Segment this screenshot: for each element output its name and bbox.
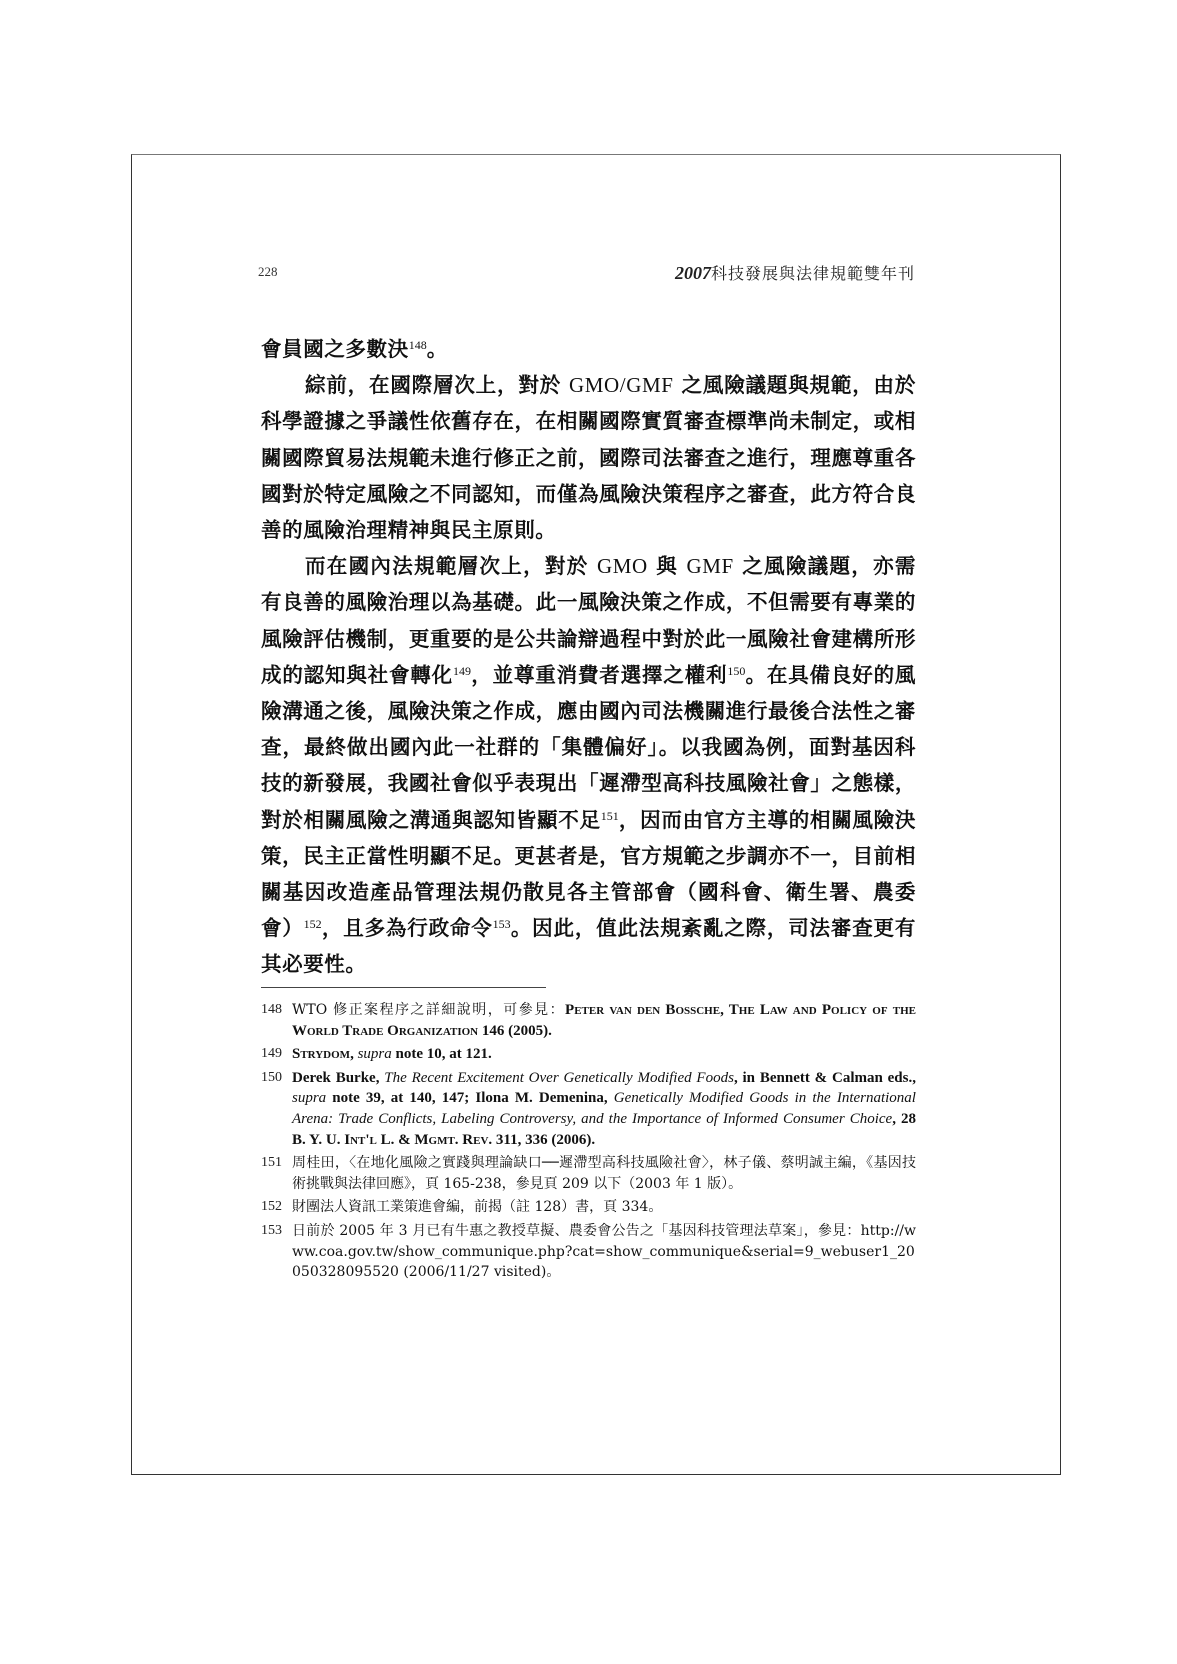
footnote-ref-150[interactable]: 150 <box>727 664 745 678</box>
footnote-148: 148 WTO 修正案程序之詳細說明，可參見：Peter van den Bos… <box>261 1000 916 1041</box>
running-head-title: 科技發展與法律規範雙年刊 <box>711 264 915 283</box>
paragraph-1: 綜前，在國際層次上，對於 GMO/GMF 之風險議題與規範，由於科學證據之爭議性… <box>261 367 916 548</box>
footnote-ref-152[interactable]: 152 <box>304 917 322 931</box>
paragraph-0: 會員國之多數決148。 <box>261 331 916 367</box>
footnote-ref-149[interactable]: 149 <box>453 664 471 678</box>
footnote-149: 149 Strydom, supra note 10, at 121. <box>261 1044 916 1065</box>
footnote-150: 150 Derek Burke, The Recent Excitement O… <box>261 1068 916 1150</box>
footnote-separator <box>261 987 546 988</box>
footnote-ref-148[interactable]: 148 <box>409 338 427 352</box>
footnote-152: 152 財團法人資訊工業策進會編，前揭（註 128）書，頁 334。 <box>261 1197 916 1218</box>
paragraph-2: 而在國內法規範層次上，對於 GMO 與 GMF 之風險議題，亦需有良善的風險治理… <box>261 548 916 982</box>
footnote-ref-153[interactable]: 153 <box>493 917 511 931</box>
footnotes: 148 WTO 修正案程序之詳細說明，可參見：Peter van den Bos… <box>261 1000 916 1286</box>
body-text: 會員國之多數決148。 綜前，在國際層次上，對於 GMO/GMF 之風險議題與規… <box>261 331 916 983</box>
running-head: 2007科技發展與法律規範雙年刊 <box>675 261 915 284</box>
footnote-151: 151 周桂田，〈在地化風險之實踐與理論缺口──遲滯型高科技風險社會〉，林子儀、… <box>261 1153 916 1194</box>
running-head-year: 2007 <box>675 263 711 283</box>
footnote-153: 153 日前於 2005 年 3 月已有牛惠之教授草擬、農委會公告之「基因科技管… <box>261 1221 916 1283</box>
footnote-ref-151[interactable]: 151 <box>601 809 619 823</box>
page-number: 228 <box>258 264 278 280</box>
